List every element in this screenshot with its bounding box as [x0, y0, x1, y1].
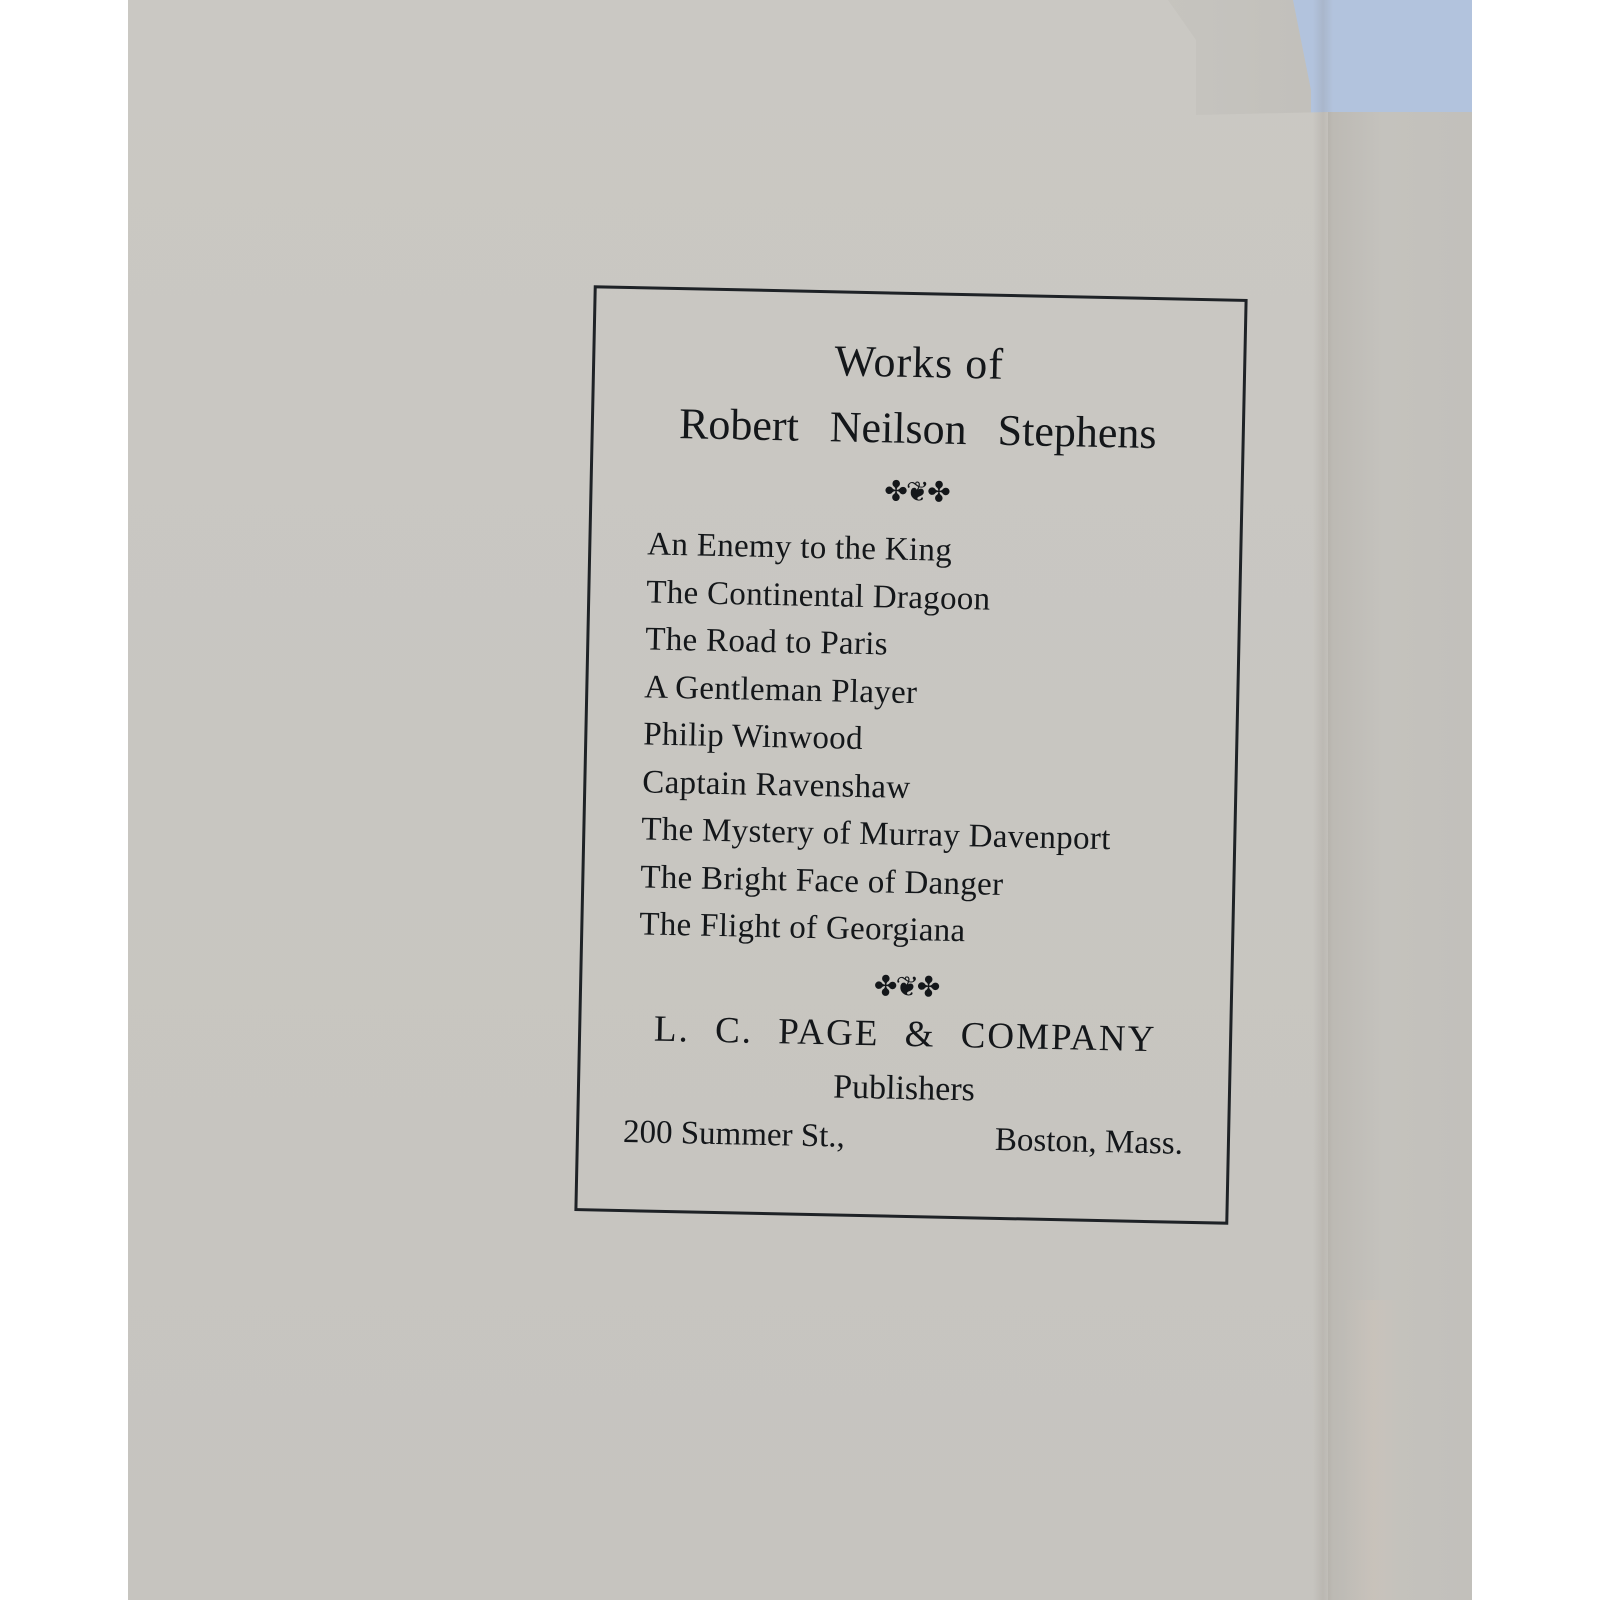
- street-address: 200 Summer St.,: [623, 1114, 846, 1156]
- heading-author: Robert Neilson Stephens: [593, 396, 1242, 461]
- publishers-label: Publishers: [580, 1063, 1229, 1115]
- page-fold: [1343, 1300, 1403, 1600]
- book-page: Works of Robert Neilson Stephens ✤❦✤ An …: [128, 0, 1328, 1600]
- city-address: Boston, Mass.: [995, 1122, 1184, 1163]
- floral-ornament-icon: ✤❦✤: [592, 468, 1241, 516]
- ad-content: Works of Robert Neilson Stephens ✤❦✤ An …: [577, 288, 1244, 1221]
- page-edge: [1313, 0, 1333, 1600]
- book-photo: Works of Robert Neilson Stephens ✤❦✤ An …: [128, 0, 1472, 1600]
- floral-ornament-icon: ✤❦✤: [582, 963, 1231, 1011]
- book-title: The Flight of Georgiana: [639, 901, 1109, 958]
- heading-works-of: Works of: [595, 330, 1244, 395]
- ad-frame: Works of Robert Neilson Stephens ✤❦✤ An …: [574, 285, 1247, 1224]
- publisher-name: L. C. PAGE & COMPANY: [581, 1006, 1230, 1063]
- publisher-address: 200 Summer St., Boston, Mass.: [623, 1114, 1184, 1163]
- book-list: An Enemy to the King The Continental Dra…: [639, 521, 1117, 958]
